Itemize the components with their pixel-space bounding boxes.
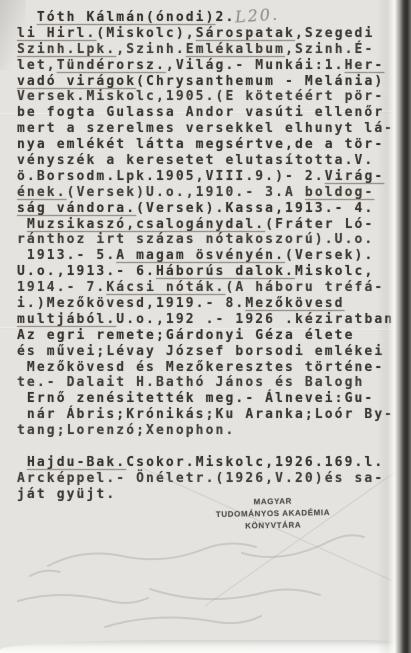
text-segment: ö.Borsodm.Lpk.1905,VIII.9.)- 2.: [17, 169, 325, 184]
text-line: Ernő zenésitették meg.- Álnevei:Gu-: [17, 391, 399, 407]
text-line: Versek.Miskolc,1905.(E kötetéért pör-: [17, 89, 399, 105]
text-line: li Hirl.(Miskolc),Sárospatak,Szegedi: [17, 26, 399, 42]
underlined-text-segment: multjából.: [17, 312, 116, 327]
text-segment: Az egri remete;Gárdonyi Géza élete: [17, 328, 355, 343]
text-segment: nár Ábris;Krónikás;Ku Aranka;Loór By-: [17, 407, 394, 422]
text-line: nár Ábris;Krónikás;Ku Aranka;Loór By-: [17, 407, 399, 423]
text-line: let,Tündérorsz.,Világ.- Munkái:1.Her-: [17, 58, 399, 74]
text-line: Muzsikaszó,csalogánydal.(Fráter Ló-: [17, 217, 399, 233]
text-line: ének.(Versek)U.o.,1910.- 3.A boldog-: [17, 185, 399, 201]
text-segment: U.o.,1913.- 6.: [17, 264, 156, 279]
underlined-text-segment: Mezőkövesd: [245, 296, 344, 311]
text-line: Hajdu-Bak.Csokor.Miskolc,1926.169.l.: [17, 455, 399, 471]
underlined-text-segment: A magam ösvényén.: [116, 248, 285, 263]
text-segment: i.)Mezőkövesd,1919.- 8.: [17, 296, 245, 311]
text-segment: Csokor.Miskolc,1926.169.l.: [126, 455, 384, 470]
text-segment: ,Szegedi: [295, 26, 374, 41]
text-segment: és művei;Lévay József borsodi emlékei: [17, 344, 384, 359]
text-segment: Arcképpel.- Önéletr.(1926,V.20)és sa-: [17, 471, 384, 486]
text-line: Tóth Kálmán(ónodi)2.: [17, 10, 399, 26]
text-line: vényszék a keresetet elutasította.V.: [17, 153, 399, 169]
text-segment: ,Szinh.: [116, 42, 186, 57]
text-segment: 2.: [216, 10, 236, 25]
typewritten-text: Tóth Kálmán(ónodi)2.li Hirl.(Miskolc),Sá…: [17, 10, 399, 503]
text-line: mert a szerelmes versekkel elhunyt lá-: [17, 121, 399, 137]
underlined-text-segment: li Hirl.: [17, 26, 96, 41]
card-right-edge: [377, 0, 411, 653]
text-segment: (Versek).Kassa,1913.- 4.: [136, 201, 374, 216]
text-segment: [17, 217, 27, 232]
text-line: ránthoz irt százas nótakoszorú).U.o.: [17, 232, 399, 248]
text-segment: (Versek)U.o.,1910.- 3.A: [67, 185, 305, 200]
underlined-text-segment: Kácsi nóták.: [106, 280, 225, 295]
text-line: [17, 439, 399, 455]
underlined-text-segment: boldog-: [305, 185, 375, 200]
underlined-text-segment: Szinh.Lpk.: [17, 42, 116, 57]
text-line: 1914.- 7.Kácsi nóták.(A háboru tréfá-: [17, 280, 399, 296]
catalog-card: Tóth Kálmán(ónodi)2.li Hirl.(Miskolc),Sá…: [0, 0, 411, 653]
underlined-text-segment: Sárospatak: [196, 26, 295, 41]
card-bottom-edge: [0, 640, 400, 653]
text-segment: (Miskolc),: [96, 26, 195, 41]
text-segment: let,: [17, 58, 57, 73]
text-line: nya emlékét látta megsértve,de a tör-: [17, 137, 399, 153]
text-segment: Ernő zenésitették meg.- Álnevei:Gu-: [17, 391, 374, 406]
text-line: U.o.,1913.- 6.Háborús dalok.Miskolc,: [17, 264, 399, 280]
text-line: és művei;Lévay József borsodi emlékei: [17, 344, 399, 360]
text-segment: be fogta Gulassa Andor vasúti ellenőr: [17, 105, 384, 120]
text-segment: [17, 10, 37, 25]
text-segment: (Chrysanthemum - Melánia): [136, 74, 384, 89]
text-line: Mezőkövesd és Mezőkeresztes történe-: [17, 360, 399, 376]
underlined-text-segment: Muzsikaszó,csalogánydal.: [27, 217, 265, 232]
text-segment: 1913.- 5.: [17, 248, 116, 263]
text-segment: (Versek).: [285, 248, 374, 263]
text-line: vadó virágok(Chrysanthemum - Melánia): [17, 74, 399, 90]
text-segment: [17, 455, 27, 470]
underlined-text-segment: Háborús dalok.: [156, 264, 295, 279]
text-segment: mert a szerelmes versekkel elhunyt lá-: [17, 121, 394, 136]
underlined-text-segment: vadó virágok: [17, 74, 136, 89]
text-segment: U.o.,192 .- 1926 .kéziratban: [116, 312, 394, 327]
text-line: ság vándora.(Versek).Kassa,1913.- 4.: [17, 201, 399, 217]
text-line: i.)Mezőkövesd,1919.- 8.Mezőkövesd: [17, 296, 399, 312]
text-segment: ját gyüjt.: [17, 487, 116, 502]
text-line: te.- Dalait H.Bathó János és Balogh: [17, 375, 399, 391]
library-stamp: MAGYAR TUDOMÁNYOS AKADÉMIA KÖNYVTÁRA: [203, 495, 344, 533]
text-segment: ránthoz irt százas nótakoszorú).U.o.: [17, 232, 374, 247]
text-segment: ,Világ.- Munkái:1.: [166, 58, 345, 73]
underlined-text-segment: ének.: [17, 185, 67, 200]
text-line: Az egri remete;Gárdonyi Géza élete: [17, 328, 399, 344]
underlined-text-segment: Tóth Kálmán(ónodi): [37, 10, 216, 25]
text-line: Arcképpel.- Önéletr.(1926,V.20)és sa-: [17, 471, 399, 487]
text-segment: (Fráter Ló-: [265, 217, 374, 232]
text-segment: te.- Dalait H.Bathó János és Balogh: [17, 375, 364, 390]
text-line: be fogta Gulassa Andor vasúti ellenőr: [17, 105, 399, 121]
text-segment: nya emlékét látta megsértve,de a tör-: [17, 137, 384, 152]
text-line: ö.Borsodm.Lpk.1905,VIII.9.)- 2.Virág-: [17, 169, 399, 185]
text-segment: ,Szinh.É-: [285, 42, 374, 57]
text-line: 1913.- 5.A magam ösvényén.(Versek).: [17, 248, 399, 264]
underlined-text-segment: ság vándora.: [17, 201, 136, 216]
text-segment: vényszék a keresetet elutasította.V.: [17, 153, 374, 168]
text-segment: (A háboru tréfá-: [225, 280, 384, 295]
stamp-line-3: KÖNYVTÁRA: [203, 519, 343, 533]
underlined-text-segment: Tündérorsz.: [57, 58, 166, 73]
text-segment: 1914.- 7.: [17, 280, 106, 295]
text-segment: Mezőkövesd és Mezőkeresztes történe-: [17, 360, 384, 375]
text-line: Szinh.Lpk.,Szinh.Emlékalbum,Szinh.É-: [17, 42, 399, 58]
text-segment: tang;Lorenzó;Xenophon.: [17, 423, 235, 438]
text-segment: Miskolc,: [295, 264, 374, 279]
handwritten-annotation: L20.: [234, 4, 279, 26]
underlined-text-segment: Virág-: [325, 169, 385, 184]
text-segment: Versek.Miskolc,1905.(E kötetéért pör-: [17, 89, 384, 104]
text-line: multjából.U.o.,192 .- 1926 .kéziratban: [17, 312, 399, 328]
underlined-text-segment: Emlékalbum: [186, 42, 285, 57]
underlined-text-segment: Hajdu-Bak.: [27, 455, 126, 470]
text-line: tang;Lorenzó;Xenophon.: [17, 423, 399, 439]
